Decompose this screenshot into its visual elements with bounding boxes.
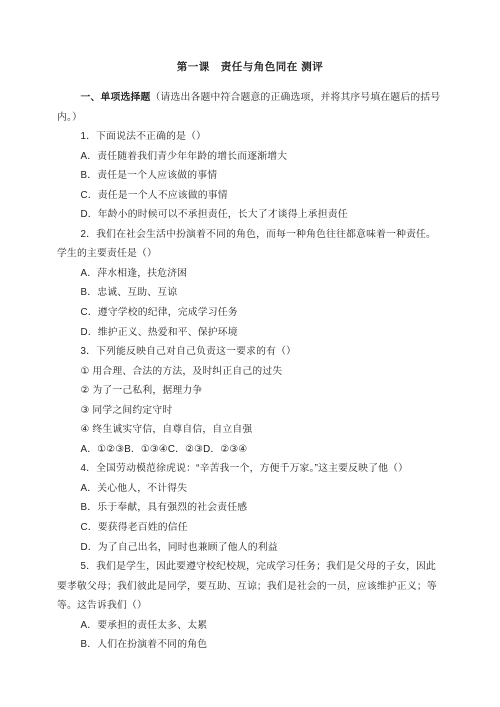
question-option: A．关心他人，不计得失 — [57, 479, 443, 499]
question-stem: 1．下面说法不正确的是（） — [57, 127, 443, 147]
question-option: B．忠诚、互助、互谅 — [57, 283, 443, 303]
question-option: ④ 终生诚实守信，自尊自信，自立自强 — [57, 420, 443, 440]
document-page: 第一课 责任与角色同在 测评 一、单项选择题（请选出各题中符合题意的正确选项，并… — [0, 0, 500, 707]
question-stem: 2．我们在社会生活中扮演着不同的角色，而每一种角色往往都意味着一种责任。学生的主… — [57, 225, 443, 264]
question-option: ③ 同学之间约定守时 — [57, 401, 443, 421]
question-stem: 4．全国劳动模范徐虎说：“辛苦我一个，方便千万家。”这主要反映了他（） — [57, 459, 443, 479]
question-option: B．责任是一个人应该做的事情 — [57, 166, 443, 186]
question-option: C．遵守学校的纪律，完成学习任务 — [57, 303, 443, 323]
question-option: A．要承担的责任太多、太累 — [57, 616, 443, 636]
section-heading: 一、单项选择题（请选出各题中符合题意的正确选项，并将其序号填在题后的括号内。） — [57, 88, 443, 127]
question-block: 4．全国劳动模范徐虎说：“辛苦我一个，方便千万家。”这主要反映了他（）A．关心他… — [57, 459, 443, 557]
question-option: A．责任随着我们青少年年龄的增长而逐渐增大 — [57, 147, 443, 167]
question-block: 1．下面说法不正确的是（）A．责任随着我们青少年年龄的增长而逐渐增大B．责任是一… — [57, 127, 443, 225]
question-option: D．为了自己出名，同时也兼顾了他人的利益 — [57, 538, 443, 558]
question-option: A．①②③B．①③④C．②③D．②③④ — [57, 440, 443, 460]
document-title: 第一课 责任与角色同在 测评 — [57, 60, 443, 75]
question-stem: 5．我们是学生，因此要遵守校纪校规，完成学习任务；我们是父母的子女，因此要孝敬父… — [57, 557, 443, 616]
question-option: B．人们在扮演着不同的角色 — [57, 635, 443, 655]
question-stem: 3．下列能反映自己对自己负责这一要求的有（） — [57, 342, 443, 362]
question-option: A．萍水相逢，扶危济困 — [57, 264, 443, 284]
question-option: D．年龄小的时候可以不承担责任，长大了才谈得上承担责任 — [57, 205, 443, 225]
question-list: 1．下面说法不正确的是（）A．责任随着我们青少年年龄的增长而逐渐增大B．责任是一… — [57, 127, 443, 655]
question-option: B．乐于奉献，具有强烈的社会责任感 — [57, 498, 443, 518]
question-block: 3．下列能反映自己对自己负责这一要求的有（）① 用合理、合法的方法，及时纠正自己… — [57, 342, 443, 459]
question-option: C．责任是一个人不应该做的事情 — [57, 186, 443, 206]
question-option: ① 用合理、合法的方法，及时纠正自己的过失 — [57, 362, 443, 382]
question-block: 5．我们是学生，因此要遵守校纪校规，完成学习任务；我们是父母的子女，因此要孝敬父… — [57, 557, 443, 655]
question-option: ② 为了一己私利，据理力争 — [57, 381, 443, 401]
section-label: 一、单项选择题 — [81, 92, 151, 103]
question-option: D．维护正义、热爱和平、保护环境 — [57, 323, 443, 343]
question-option: C．要获得老百姓的信任 — [57, 518, 443, 538]
question-block: 2．我们在社会生活中扮演着不同的角色，而每一种角色往往都意味着一种责任。学生的主… — [57, 225, 443, 342]
